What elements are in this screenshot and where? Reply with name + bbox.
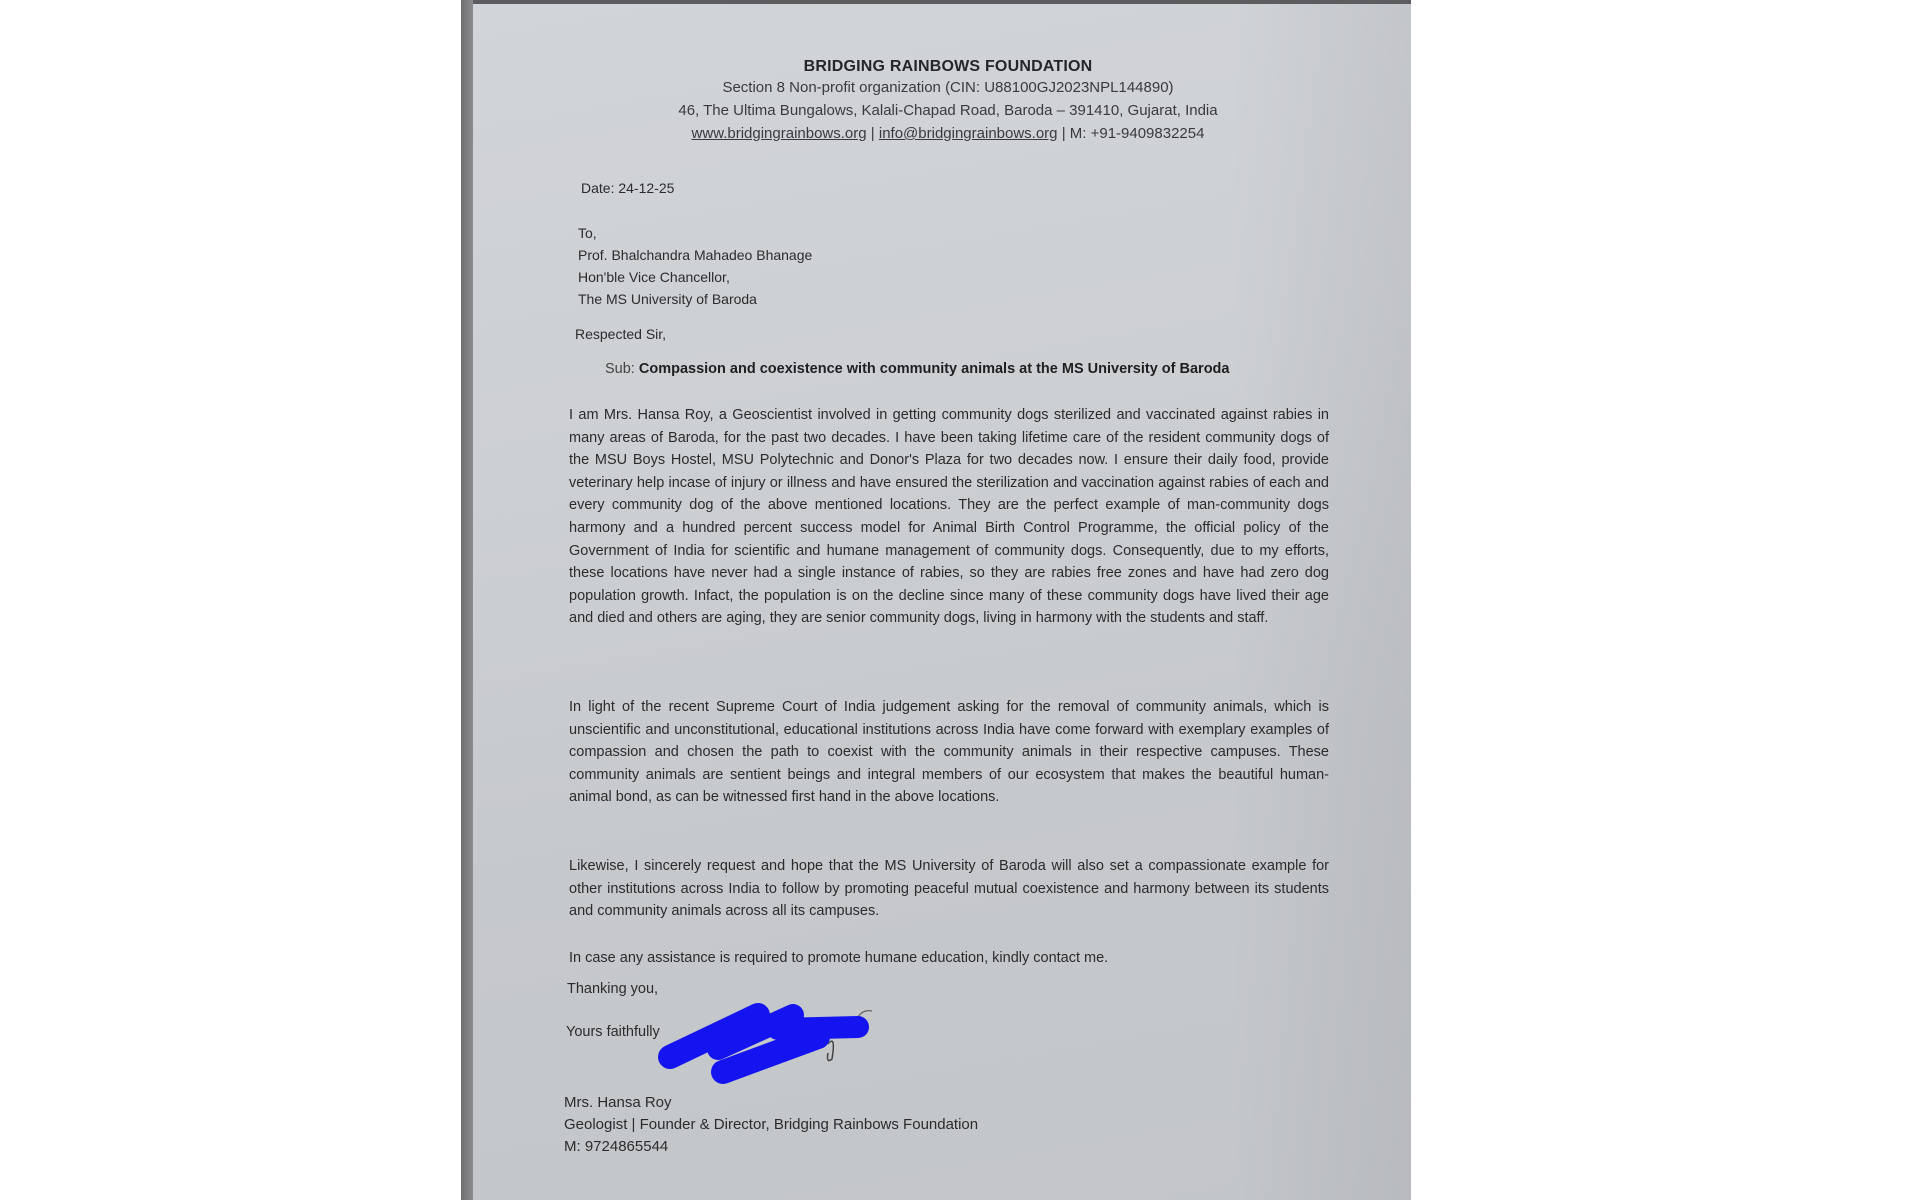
email-link[interactable]: info@bridgingrainbows.org	[879, 125, 1058, 142]
signer-designation: Geologist | Founder & Director, Bridging…	[564, 1114, 978, 1136]
signer-name: Mrs. Hansa Roy	[564, 1092, 978, 1114]
paragraph-2: In light of the recent Supreme Court of …	[569, 696, 1329, 809]
paragraph-3: Likewise, I sincerely request and hope t…	[569, 855, 1329, 923]
to-label: To,	[578, 222, 812, 244]
website-link[interactable]: www.bridgingrainbows.org	[692, 125, 867, 142]
address-line: 46, The Ultima Bungalows, Kalali-Chapad …	[473, 99, 1411, 122]
subject-label: Sub:	[605, 361, 639, 377]
recipient-name: Prof. Bhalchandra Mahadeo Bhanage	[578, 244, 812, 266]
letter-paper: BRIDGING RAINBOWS FOUNDATION Section 8 N…	[473, 4, 1411, 1200]
recipient-title: Hon'ble Vice Chancellor,	[578, 266, 812, 288]
phone-number: M: +91-9409832254	[1070, 125, 1205, 142]
recipient-institution: The MS University of Baroda	[578, 288, 812, 310]
recipient-block: To, Prof. Bhalchandra Mahadeo Bhanage Ho…	[578, 222, 812, 310]
letter-date: Date: 24-12-25	[581, 180, 674, 196]
subject-line: Sub: Compassion and coexistence with com…	[605, 361, 1229, 377]
letter-photo: BRIDGING RAINBOWS FOUNDATION Section 8 N…	[461, 0, 1411, 1200]
paragraph-4: In case any assistance is required to pr…	[569, 947, 1329, 970]
organization-name: BRIDGING RAINBOWS FOUNDATION	[473, 58, 1411, 76]
contact-line: www.bridgingrainbows.org | info@bridging…	[473, 122, 1411, 145]
redacted-signature	[628, 999, 878, 1089]
letterhead: BRIDGING RAINBOWS FOUNDATION Section 8 N…	[473, 58, 1411, 145]
salutation: Respected Sir,	[575, 326, 666, 342]
closing: Thanking you,	[567, 981, 658, 997]
paper-edge	[461, 0, 473, 1200]
subject-text: Compassion and coexistence with communit…	[639, 361, 1230, 377]
registration-line: Section 8 Non-profit organization (CIN: …	[473, 76, 1411, 99]
paragraph-1: I am Mrs. Hansa Roy, a Geoscientist invo…	[569, 404, 1329, 630]
signer-block: Mrs. Hansa Roy Geologist | Founder & Dir…	[564, 1092, 978, 1158]
signer-phone: M: 9724865544	[564, 1136, 978, 1158]
